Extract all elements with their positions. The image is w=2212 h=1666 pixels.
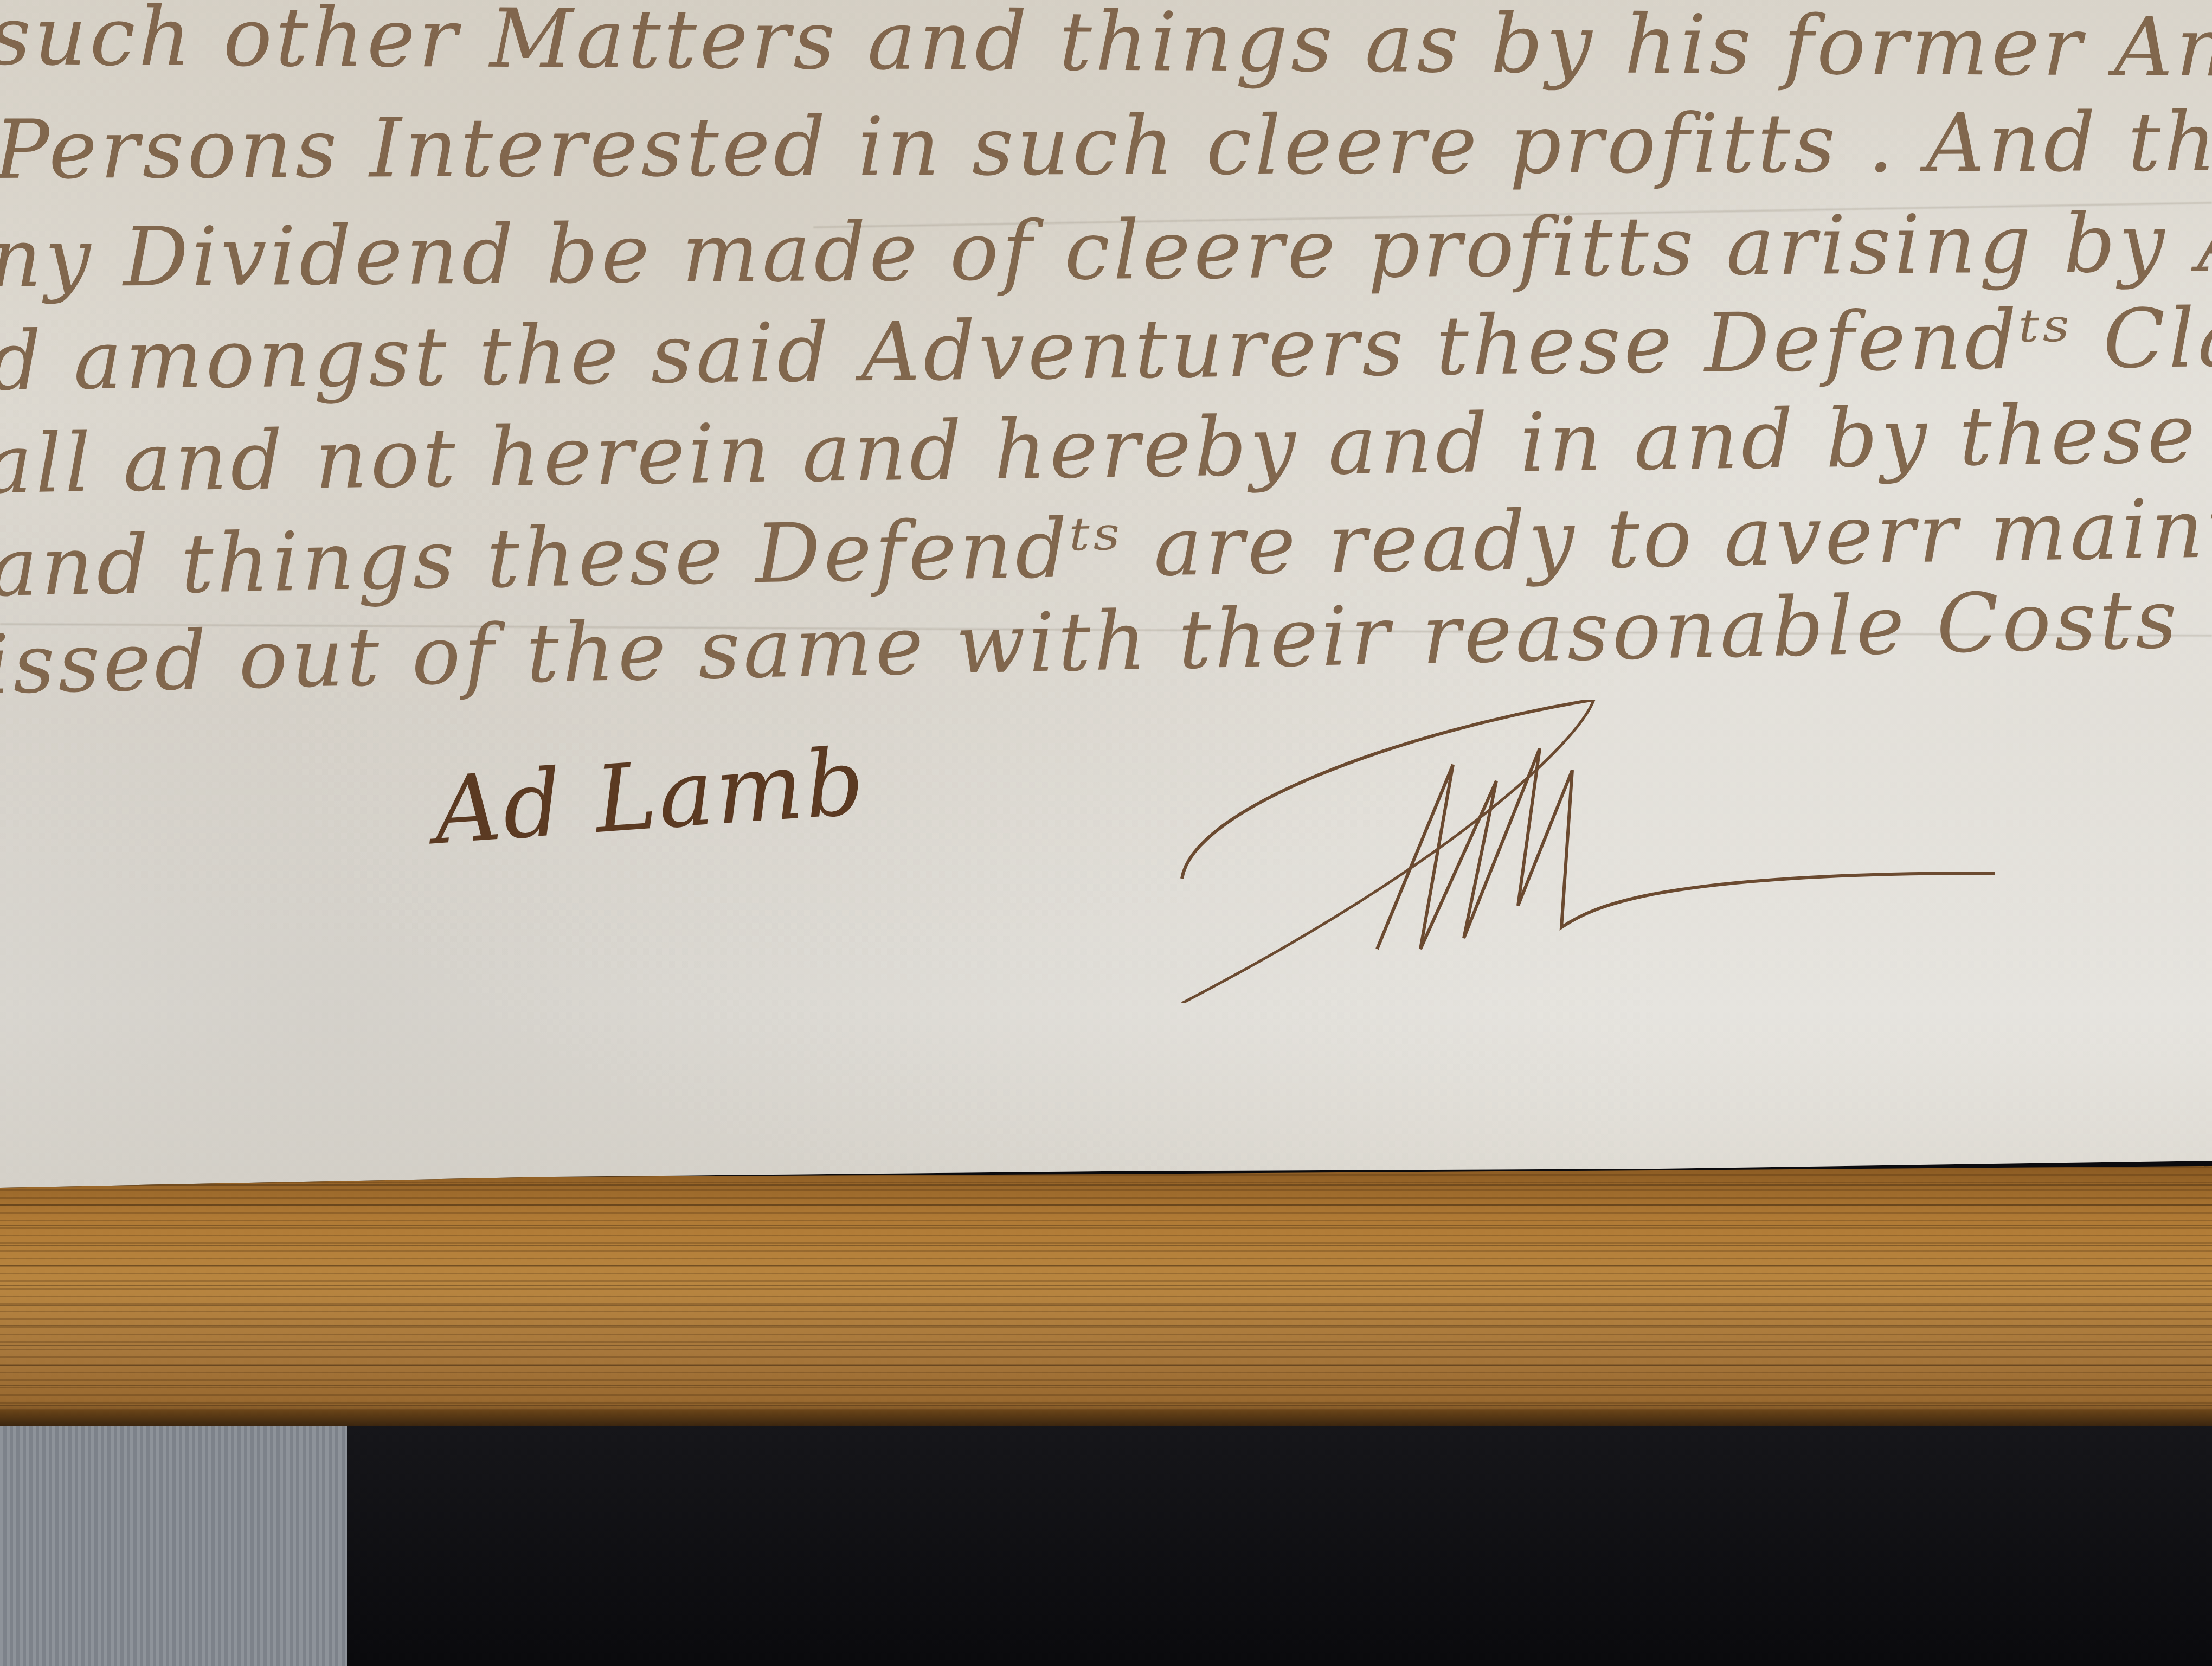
wooden-table-edge [0, 1166, 2212, 1426]
grey-fabric-background [0, 1426, 347, 1666]
manuscript-line-2: Persons Interested in such cleere profit… [0, 94, 2212, 197]
manuscript-line-1: such other Matters and things as by his … [0, 0, 2212, 98]
dark-background [347, 1426, 2212, 1666]
manuscript-line-3: ny Dividend be made of cleere profitts a… [0, 193, 2212, 306]
signature-right-flourish [1073, 700, 2028, 1003]
table-shadow [0, 1410, 2212, 1426]
